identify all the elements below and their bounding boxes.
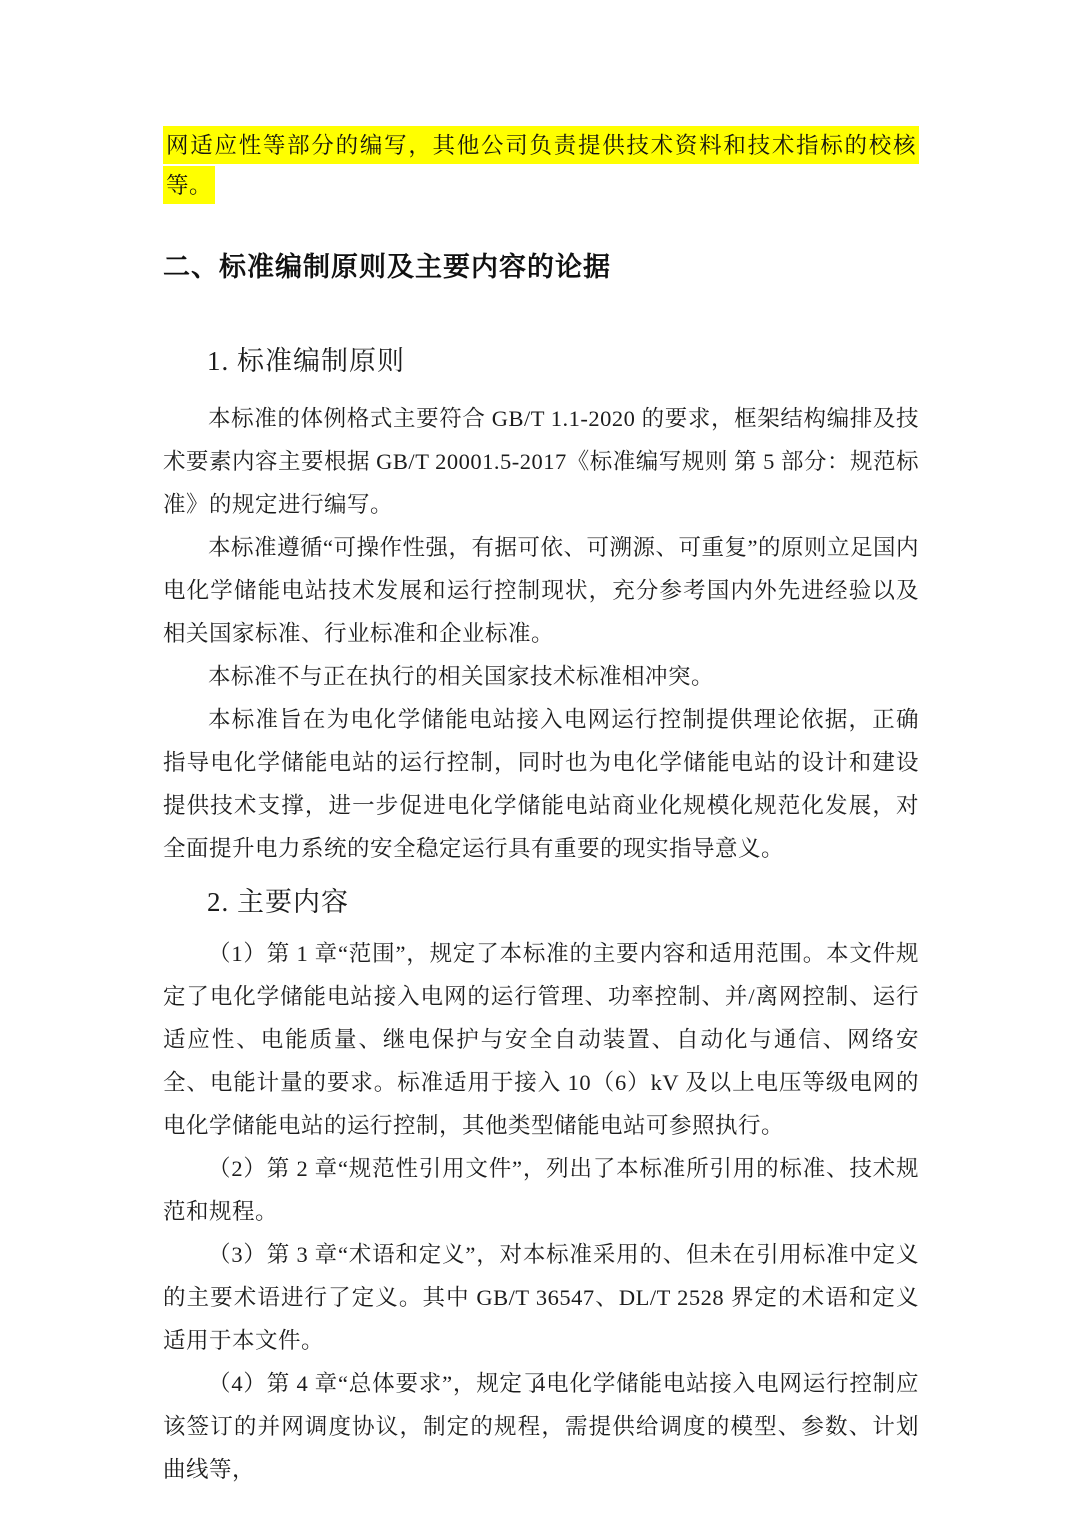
paragraph-purpose: 本标准旨在为电化学储能电站接入电网运行控制提供理论依据，正确指导电化学储能电站的… <box>163 698 919 870</box>
highlighted-paragraph: 网适应性等部分的编写，其他公司负责提供技术资料和技术指标的校核等。 <box>163 126 919 206</box>
paragraph-principles: 本标准遵循“可操作性强，有据可依、可溯源、可重复”的原则立足国内电化学储能电站技… <box>163 526 919 655</box>
subheading-main-content: 2. 主要内容 <box>163 882 919 922</box>
document-page: 网适应性等部分的编写，其他公司负责提供技术资料和技术指标的校核等。 二、标准编制… <box>0 0 1080 1527</box>
paragraph-format-basis: 本标准的体例格式主要符合 GB/T 1.1-2020 的要求，框架结构编排及技术… <box>163 397 919 526</box>
paragraph-no-conflict: 本标准不与正在执行的相关国家技术标准相冲突。 <box>163 655 919 698</box>
paragraph-chapter-3-terms: （3）第 3 章“术语和定义”，对本标准采用的、但未在引用标准中定义的主要术语进… <box>163 1233 919 1362</box>
document-content: 网适应性等部分的编写，其他公司负责提供技术资料和技术指标的校核等。 二、标准编制… <box>163 126 919 1491</box>
highlight-mark: 网适应性等部分的编写，其他公司负责提供技术资料和技术指标的校核等。 <box>163 126 919 204</box>
paragraph-chapter-2-references: （2）第 2 章“规范性引用文件”，列出了本标准所引用的标准、技术规范和规程。 <box>163 1147 919 1233</box>
paragraph-chapter-1-scope: （1）第 1 章“范围”，规定了本标准的主要内容和适用范围。本文件规定了电化学储… <box>163 932 919 1147</box>
subheading-editing-principles: 1. 标准编制原则 <box>163 341 919 381</box>
page-number: 4 <box>0 1372 1080 1397</box>
section-heading: 二、标准编制原则及主要内容的论据 <box>163 247 919 287</box>
